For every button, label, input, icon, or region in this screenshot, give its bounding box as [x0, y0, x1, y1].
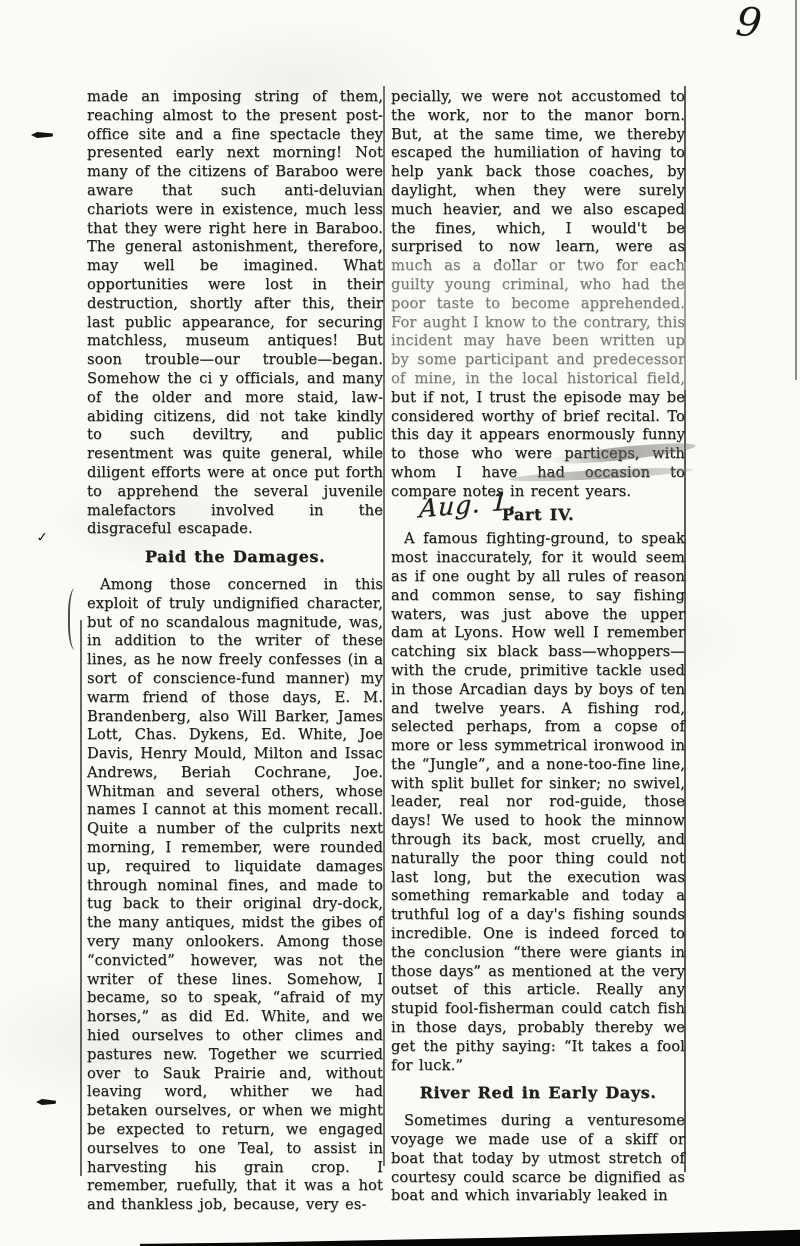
pen-dash-mark-icon [31, 132, 53, 138]
article-paragraph: A famous fighting-ground, to speak most … [391, 530, 685, 1075]
article-paragraph: pecially, we were not accustomed to the … [391, 88, 685, 502]
pen-dash-mark-icon [36, 1099, 56, 1105]
article-paragraph: made an imposing string of them, reachin… [87, 88, 383, 539]
column-divider-rule [383, 86, 385, 1166]
scanned-newspaper-page: 9 ✓ made an imposing string of them, rea… [0, 0, 800, 1246]
part-heading-row: Aug. 1. Part IV. [391, 506, 685, 525]
scan-shadow-wedge [140, 1216, 800, 1246]
article-paragraph: Among those concerned in this exploit of… [87, 576, 383, 1215]
handwritten-date-annotation: Aug. 1. [419, 491, 518, 519]
page-edge-line [795, 0, 797, 380]
article-right-column: pecially, we were not accustomed to the … [391, 88, 685, 1206]
clipping-left-border [80, 620, 82, 1176]
section-heading-paid-the-damages: Paid the Damages. [87, 548, 383, 567]
handwritten-page-number: 9 [734, 0, 764, 47]
article-left-column: made an imposing string of them, reachin… [87, 88, 383, 1215]
pen-check-mark-icon: ✓ [35, 529, 49, 545]
article-paragraph: Sometimes during a venturesome voyage we… [391, 1112, 685, 1206]
section-heading-river-red: River Red in Early Days. [391, 1084, 685, 1103]
